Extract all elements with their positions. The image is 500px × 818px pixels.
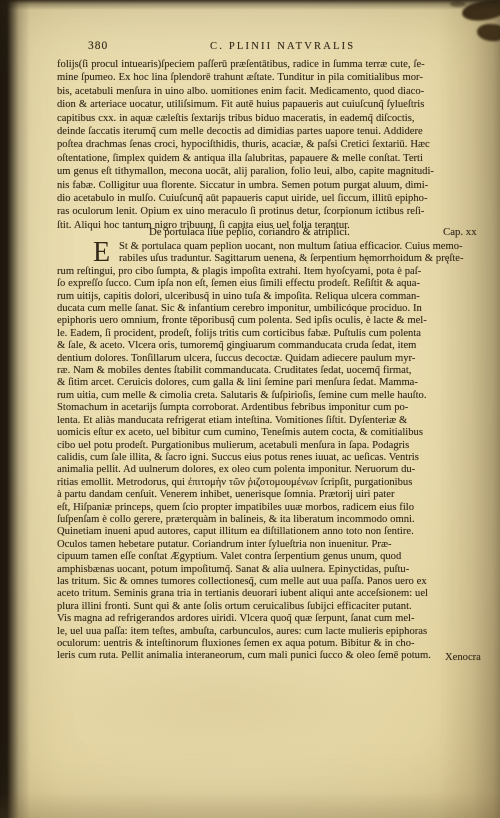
text-line: mine ſpumeo. Ex hoc lina ſplendorē trahu… (57, 71, 500, 84)
paragraph-portulaca: E St & portulaca quam peplion uocant, no… (57, 241, 500, 663)
chapter-heading: De portulaca ſiue peplio, coriandro & at… (57, 226, 500, 238)
text-line: plura illini fronti. Sunt qui & ante ſol… (57, 601, 500, 613)
text-line: animalia pellit. Ad uulnerum dolores, ex… (57, 464, 500, 476)
text-line: amphisbænas uocant, potum impoſitumq̃. S… (57, 564, 500, 576)
text-line: las tritum. Sic & omnes tumores collecti… (57, 576, 500, 588)
text-line: um genus eſt tithymallon, mecona uocāt, … (57, 165, 500, 178)
text-line: rum uitia, cum melle & cimolia creta. Sa… (57, 390, 500, 402)
ink-stain (450, 1, 466, 7)
ink-stain (461, 0, 500, 23)
text-line: oculorum: uentris & inteſtinorum fluxion… (57, 638, 500, 650)
page-number: 380 (88, 40, 108, 52)
text-line: & ſale, & aceto. Vlcera oris, tumoremq̃ … (57, 340, 500, 352)
binding-gutter-shadow (0, 0, 30, 818)
page-top-shadow (0, 0, 500, 10)
text-line: ræ. Nam & mobiles dentes ſtabilit comman… (57, 365, 500, 377)
text-line: dio acetabulo in mulſo. Cuiuſcunq̃ aūt p… (57, 192, 500, 205)
text-line: ras oculorum lenit. Opium ex uino meracu… (57, 205, 500, 218)
text-line: aceto tritum. Seminis grana tria in tert… (57, 588, 500, 600)
catchword: Xenocra (445, 652, 481, 663)
text-line: eſt, Hiſpaniæ princeps, quem ſcio propte… (57, 502, 500, 514)
text-line: le. Eadem, ſi procident, prodeſt, folijs… (57, 328, 500, 340)
text-line: rum reſtingui, pro cibo ſumpta, & plagis… (57, 266, 500, 278)
scanned-book-page: 380 C. PLINII NATVRALIS folijs(ſi procul… (0, 0, 500, 818)
text-line: deinde ſaccatis iterumq̃ cum melle decoc… (57, 125, 500, 138)
chapter-heading-title: De portulaca ſiue peplio, coriandro & at… (149, 226, 350, 238)
text-line: ſuſpenſam è collo gerere, præterquàm in … (57, 514, 500, 526)
text-line: dentium dolores. Tonſillarum ulcera, ſuc… (57, 353, 500, 365)
page-paper: 380 C. PLINII NATVRALIS folijs(ſi procul… (0, 0, 500, 818)
text-line: lenta. Et aliàs manducata refrigerat eti… (57, 415, 500, 427)
text-line: & ſitim arcet. Ceruicis dolores, cum gal… (57, 377, 500, 389)
text-line: nis fabæ. Colligitur uua florente. Sicca… (57, 179, 500, 192)
text-line: St & portulaca quam peplion uocant, non … (119, 241, 500, 253)
text-line: calidis, cum ſale illita, & ſacro igni. … (57, 452, 500, 464)
text-line: bis, acetabuli menſura in uino albo. uom… (57, 85, 500, 98)
text-line: rum uitijs, capitis dolori, ulceribusq̃ … (57, 291, 500, 303)
text-line: poſtea drachmas ſenas croci, hypociſthid… (57, 138, 500, 151)
text-line: le, uel uua paſſa: item teſtes, ambuſta,… (57, 626, 500, 638)
text-line: capitibus cxx. in aquæ cæleſtis ſextarij… (57, 112, 500, 125)
text-line: Quinetiam inueni apud autores, caput ill… (57, 526, 500, 538)
text-line: uomicis eſtur ex aceto, uel bibitur cum … (57, 427, 500, 439)
running-title: C. PLINII NATVRALIS (210, 41, 355, 52)
page-bottom-shadow (0, 792, 500, 818)
text-line: dion & arteriace uocatur, utiliſsimum. F… (57, 98, 500, 111)
text-line: Oculos tamen hebetare putatur. Coriandru… (57, 539, 500, 551)
text-line: à partu dandam cenſuit. Venerem inhibet,… (57, 489, 500, 501)
text-line: Vis magna ad refrigerandos ardores uirid… (57, 613, 500, 625)
text-line: ſo expreſſo ſucco. Cum ipſa non eſt, ſem… (57, 278, 500, 290)
text-line: cipuum tamen eſſe conſtat Ægyptium. Vale… (57, 551, 500, 563)
text-line: rabiles uſus traduntur. Sagittarum uenen… (119, 253, 500, 265)
text-line: ritias emollit. Metrodorus, qui ἐπιτομὴν… (57, 477, 500, 489)
text-line: epiphoris uero omnium, fronte tēporibusq… (57, 315, 500, 327)
text-line: ducata cum melle ſanat. Sic & infantium … (57, 303, 500, 315)
ink-stain (476, 23, 500, 42)
text-line: leris cum ruta. Pellit animalia interane… (57, 650, 500, 662)
text-line: oſtentatione, ſimplex quidem & antiqua i… (57, 152, 500, 165)
drop-cap-initial: E (93, 241, 110, 265)
text-line: cibo uel potu prodeſt. Purgationibus mul… (57, 440, 500, 452)
text-line: folijs(ſi procul intuearis)ſpeciem paſſe… (57, 58, 500, 71)
text-line: Stomachum in acetarijs ſumpta corroborat… (57, 402, 500, 414)
paragraph-papaver: folijs(ſi procul intuearis)ſpeciem paſſe… (57, 58, 500, 232)
chapter-number: Cap. xx (443, 226, 477, 238)
